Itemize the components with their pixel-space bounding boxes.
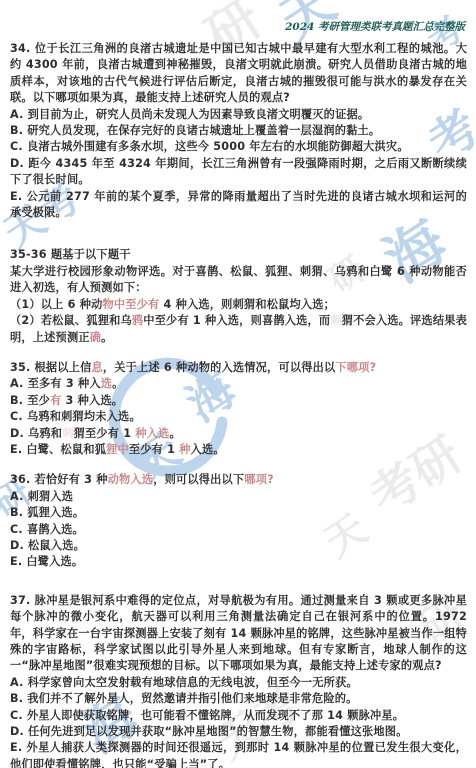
question-body: 34. 位于长江三角洲的良渚古城遗址是中国已知古城中最早建有大型水利工程的城池。… (10, 41, 467, 768)
q35-stem: 35. 根据以上信息，关于上述 6 种动物的入选情况，可以得出以下哪项? (10, 360, 467, 376)
text-segment: 。 (112, 377, 123, 390)
q34-option-a: A. 到目前为止，研究人员尚未发现人为因素导致良渚文明覆灭的证据。 (10, 107, 467, 123)
q34-option-c: C. 良渚古城外围建有多条水坝，这些今 5000 年左右的水坝能防御超大洪灾。 (10, 139, 467, 155)
paragraph-gap (10, 458, 467, 472)
highlighted-text: 动物入选 (108, 473, 154, 486)
text-segment: ，关于上述 6 种动物的入选情况，可以得出以 (103, 361, 336, 374)
text-segment: E. 公元前 277 年前的某个夏季，异常的降雨量超出了当时先进的良诸古城水坝和… (10, 190, 467, 219)
text-segment: 37. 脉冲星是银河系中难得的定位点，对导航极为有用。通过测量来自 3 颗或更多… (10, 594, 467, 673)
highlighted-text: 鸦 (132, 314, 143, 327)
text-segment: 35-36 题基于以下题干 (10, 248, 131, 261)
text-segment: B. 我们并不了解外星人，贸然邀请并指引他们来地球是非常危险的。 (10, 692, 358, 705)
highlighted-text: 物中至少有 (102, 298, 159, 311)
highlighted-text: 刺 (330, 314, 341, 327)
highlighted-text: 确 (90, 331, 101, 344)
q37-option-c: C. 外星人即使获取铭牌，也可能看不懂铭牌，从而发现不了那 14 颗脉冲星。 (10, 708, 467, 724)
text-segment: 36. 若恰好有 3 种 (10, 473, 108, 486)
highlighted-text: 种 (179, 443, 190, 456)
highlighted-text: 哪项? (244, 473, 273, 486)
q34-stem: 34. 位于长江三角洲的良渚古城遗址是中国已知古城中最早建有大型水利工程的城池。… (10, 41, 467, 107)
text-segment: D. 距今 4345 年至 4324 年期间，长江三角洲曾有一段强降雨时期，之后… (10, 157, 467, 186)
text-segment: 4 种入选，则刺猬和松鼠均入选； (159, 298, 335, 311)
text-segment: E. 外星人捕获人类探测器的时间还很遥远，到那时 14 颗脉冲星的位置已发生很大… (10, 741, 467, 768)
highlighted-text: 种入选 (131, 427, 169, 440)
q35-36-condition-2: （2）若松鼠、狐狸和乌鸦中至少有 1 种入选，则喜鹊入选，而刺猬不会入选。评选结… (10, 313, 467, 346)
text-segment: D. 松鼠入选。 (10, 539, 85, 552)
q37-option-e: E. 外星人捕获人类探测器的时间还很遥远，到那时 14 颗脉冲星的位置已发生很大… (10, 740, 467, 768)
q35-option-e: E. 白鹭、松鼠和狐狸中至少有 1 种入选。 (10, 442, 467, 458)
text-segment: 34. 位于长江三角洲的良渚古城遗址是中国已知古城中最早建有大型水利工程的城池。… (10, 42, 467, 104)
paragraph-gap (10, 221, 467, 247)
q37-stem: 37. 脉冲星是银河系中难得的定位点，对导航极为有用。通过测量来自 3 颗或更多… (10, 593, 467, 675)
text-segment: 。 (170, 427, 181, 440)
highlighted-text: 选 (101, 377, 112, 390)
document-title: 2024 考研管理类联考真题汇总完整版 (10, 19, 465, 34)
text-segment: C. 喜鹊入选。 (10, 523, 84, 536)
q37-option-a: A. 科学家曾向太空发射载有地球信息的无线电波，但至今一无所获。 (10, 675, 467, 691)
q36-option-d: D. 松鼠入选。 (10, 538, 467, 554)
highlighted-text: 刺 (62, 427, 73, 440)
q36-option-a: A. 刺猬入选 (10, 489, 467, 505)
q35-option-d: D. 乌鸦和刺猬至少有 1 种入选。 (10, 426, 467, 442)
text-segment: 。 (101, 331, 112, 344)
highlighted-text: 息 (91, 361, 102, 374)
text-segment: B. 研究人员发现，在保存完好的良诸古城遗址上覆盖着一层湿润的黏土。 (10, 124, 380, 137)
text-segment: 入选。 (191, 443, 225, 456)
text-segment: E. 白鹭、松鼠和狐 (10, 443, 106, 456)
q35-36-header: 35-36 题基于以下题干 (10, 247, 467, 263)
q35-36-setup: 某大学进行校园形象动物评选。对于喜鹊、松鼠、狐狸、刺猬、乌鸦和白鹭 6 种动物能… (10, 264, 467, 297)
text-segment: C. 外星人即使获取铭牌，也可能看不懂铭牌，从而发现不了那 14 颗脉冲星。 (10, 709, 404, 722)
text-segment: A. 刺猬入选 (10, 490, 73, 503)
text-segment: A. 科学家曾向太空发射载有地球信息的无线电波，但至今一无所获。 (10, 676, 358, 689)
text-segment: B. 狐狸入选。 (10, 506, 84, 519)
paragraph-gap (10, 571, 467, 593)
q35-option-c: C. 乌鸦和刺猬均未入选。 (10, 409, 467, 425)
text-segment: 至少有 1 (129, 443, 179, 456)
text-segment: A. 到目前为止，研究人员尚未发现人为因素导致良渚文明覆灭的证据。 (10, 108, 369, 121)
text-segment: D. 任何先进到足以发现并获取“脉冲星地图”的智慧生物，都能看懂这张地图。 (10, 725, 408, 738)
text-segment: （2）若松鼠、狐狸和乌 (10, 314, 132, 327)
highlighted-text: 有 (50, 394, 61, 407)
q36-option-b: B. 狐狸入选。 (10, 505, 467, 521)
q34-option-b: B. 研究人员发现，在保存完好的良诸古城遗址上覆盖着一层湿润的黏土。 (10, 123, 467, 139)
q35-option-a: A. 至多有 3 种入选。 (10, 376, 467, 392)
text-segment: A. 至多有 3 种入 (10, 377, 101, 390)
q36-option-c: C. 喜鹊入选。 (10, 522, 467, 538)
text-segment: 猬至少有 1 (74, 427, 132, 440)
text-segment: E. 白鹭入选。 (10, 555, 83, 568)
text-segment: B. 至少 (10, 394, 50, 407)
text-segment: 中至少有 1 种入选，则喜鹊入选，而 (143, 314, 330, 327)
text-segment: 3 种入选。 (61, 394, 123, 407)
highlighted-text: 下哪项? (335, 361, 376, 374)
text-segment: D. 乌鸦和 (10, 427, 62, 440)
q37-option-d: D. 任何先进到足以发现并获取“脉冲星地图”的智慧生物，都能看懂这张地图。 (10, 724, 467, 740)
highlighted-text: 狸中 (106, 443, 129, 456)
q37-option-b: B. 我们并不了解外星人，贸然邀请并指引他们来地球是非常危险的。 (10, 691, 467, 707)
text-segment: （1）以上 6 种动 (10, 298, 102, 311)
q36-stem: 36. 若恰好有 3 种动物入选，则可以得出以下哪项? (10, 472, 467, 488)
paragraph-gap (10, 346, 467, 360)
document-page: 2024 考研管理类联考真题汇总完整版 34. 位于长江三角洲的良渚古城遗址是中… (0, 0, 476, 768)
text-segment: ，则可以得出以下 (153, 473, 244, 486)
q36-option-e: E. 白鹭入选。 (10, 554, 467, 570)
text-segment: C. 良渚古城外围建有多条水坝，这些今 5000 年左右的水坝能防御超大洪灾。 (10, 140, 409, 153)
text-segment: 某大学进行校园形象动物评选。对于喜鹊、松鼠、狐狸、刺猬、乌鸦和白鹭 6 种动物能… (10, 265, 467, 294)
q34-option-d: D. 距今 4345 年至 4324 年期间，长江三角洲曾有一段强降雨时期，之后… (10, 156, 467, 189)
q35-option-b: B. 至少有 3 种入选。 (10, 393, 467, 409)
q34-option-e: E. 公元前 277 年前的某个夏季，异常的降雨量超出了当时先进的良诸古城水坝和… (10, 189, 467, 222)
q35-36-condition-1: （1）以上 6 种动物中至少有 4 种入选，则刺猬和松鼠均入选； (10, 297, 467, 313)
text-segment: C. 乌鸦和刺猬均未入选。 (10, 410, 141, 423)
text-segment: 35. 根据以上信 (10, 361, 91, 374)
